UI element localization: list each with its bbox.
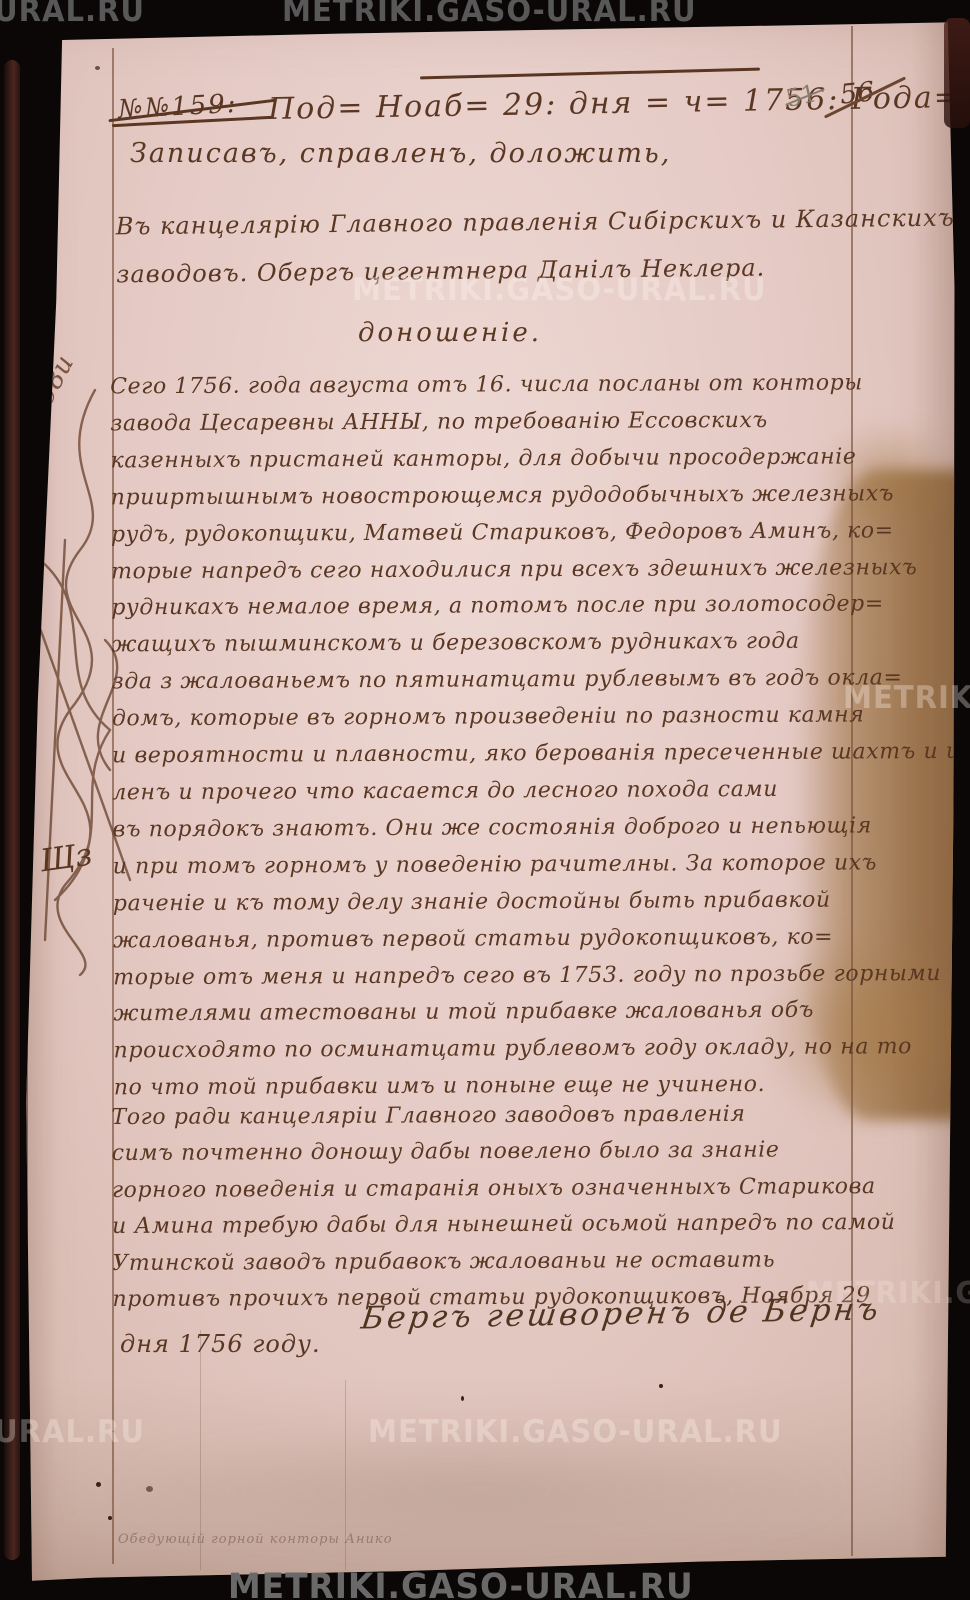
body-line: Того ради канцелярiи Главного заводовъ п… (111, 1096, 895, 1137)
body-paragraph-1: Сего 1756. года августа отъ 16. числа по… (110, 365, 970, 1108)
body-line: рудъ, рудокопщики, Матвей Стариковъ, Фед… (111, 512, 970, 554)
body-line: рудникахъ немалое время, а потомъ после … (111, 586, 970, 628)
body-paragraph-2: Того ради канцелярiи Главного заводовъ п… (111, 1096, 896, 1319)
faint-footer-inscription: Обедующiй горной конторы Анико (118, 1532, 393, 1547)
body-line: горного поведенiя и старанiя оныхъ означ… (112, 1169, 896, 1210)
body-line: жалованья, противъ первой статьи рудокоп… (113, 918, 970, 960)
body-line: торые отъ меня и напредъ сего въ 1753. г… (113, 955, 970, 997)
manuscript-photo: №№159: Под= Ноаб= 29: дня = ч= 1756: Год… (0, 0, 970, 1600)
watermark-row-3-fragment: METRIKI.G (806, 1276, 970, 1311)
manuscript-page: №№159: Под= Ноаб= 29: дня = ч= 1756: Год… (0, 0, 970, 1600)
ink-speck (95, 66, 100, 70)
watermark-top-bar: METRIKI.GASO-URAL.RU (282, 0, 697, 29)
watermark-row-2-fragment: METRIKI.G (843, 680, 970, 716)
margin-mark: Щз (38, 837, 95, 880)
body-line: жащихъ пышминскомъ и березовскомъ рудник… (111, 623, 970, 665)
body-line: прииртышнымъ новостроющемся рудодобычных… (111, 475, 970, 517)
pen-overline (420, 68, 760, 80)
body-line: домъ, которые въ горномъ произведенiи по… (112, 697, 970, 739)
body-line: въ порядокъ знаютъ. Они же состоянiя доб… (112, 807, 970, 849)
watermark-top-left-fragment: URAL.RU (0, 0, 145, 29)
ink-speck (146, 1486, 153, 1492)
clerk-note-line: Записавъ, справленъ, доложить, (130, 138, 671, 169)
body-line: Утинской заводъ прибавокъ жалованьи не о… (112, 1242, 896, 1283)
body-line: торые напредъ сего находилися при всехъ … (111, 549, 970, 591)
body-line: зда з жалованьемъ по пятинатцати рублевы… (112, 660, 970, 702)
closing-date: дня 1756 году. (120, 1330, 321, 1358)
watermark-row-1: METRIKI.GASO-URAL.RU (352, 272, 767, 308)
body-line: и Амина требую дабы для нынешней осьмой … (112, 1205, 896, 1246)
ink-speck (659, 1384, 663, 1388)
watermark-row-4: METRIKI.GASO-URAL.RU (368, 1414, 783, 1450)
body-line: казенныхъ пристаней канторы, для добычи … (110, 438, 970, 480)
body-line: жителями атестованы и той прибавке жалов… (113, 992, 970, 1034)
body-line: происходято по осминатцати рублевомъ год… (114, 1029, 970, 1071)
body-line: завода Цесаревны АННЫ, по требованiю Есс… (110, 402, 970, 444)
ink-speck (96, 1482, 101, 1487)
watermark-bottom-bar: METRIKI.GASO-URAL.RU (228, 1567, 694, 1600)
body-line: и при томъ горномъ у поведенiю рачителны… (113, 844, 970, 886)
body-line: Сего 1756. года августа отъ 16. числа по… (110, 365, 970, 407)
body-line: ленъ и прочего что касается до лесного п… (112, 771, 970, 813)
underlying-page-edge (4, 60, 20, 1560)
body-line: раченiе и къ тому делу знанiе достойны б… (113, 881, 970, 923)
watermark-row-4-left-fragment: URAL.RU (0, 1414, 145, 1450)
corner-page-edge (944, 18, 970, 128)
body-line: симъ почтенно доношу дабы повелено было … (112, 1132, 896, 1173)
ink-speck (108, 1516, 112, 1520)
signature: Бергъ гешворенъ де Бернъ (359, 1291, 883, 1336)
address-line: Въ канцелярiю Главного правленiя Сибiрск… (116, 194, 955, 251)
ink-speck (461, 1396, 464, 1401)
document-heading: доношенiе. (358, 318, 542, 348)
body-line: и вероятности и плавности, яко берованiя… (112, 734, 970, 776)
